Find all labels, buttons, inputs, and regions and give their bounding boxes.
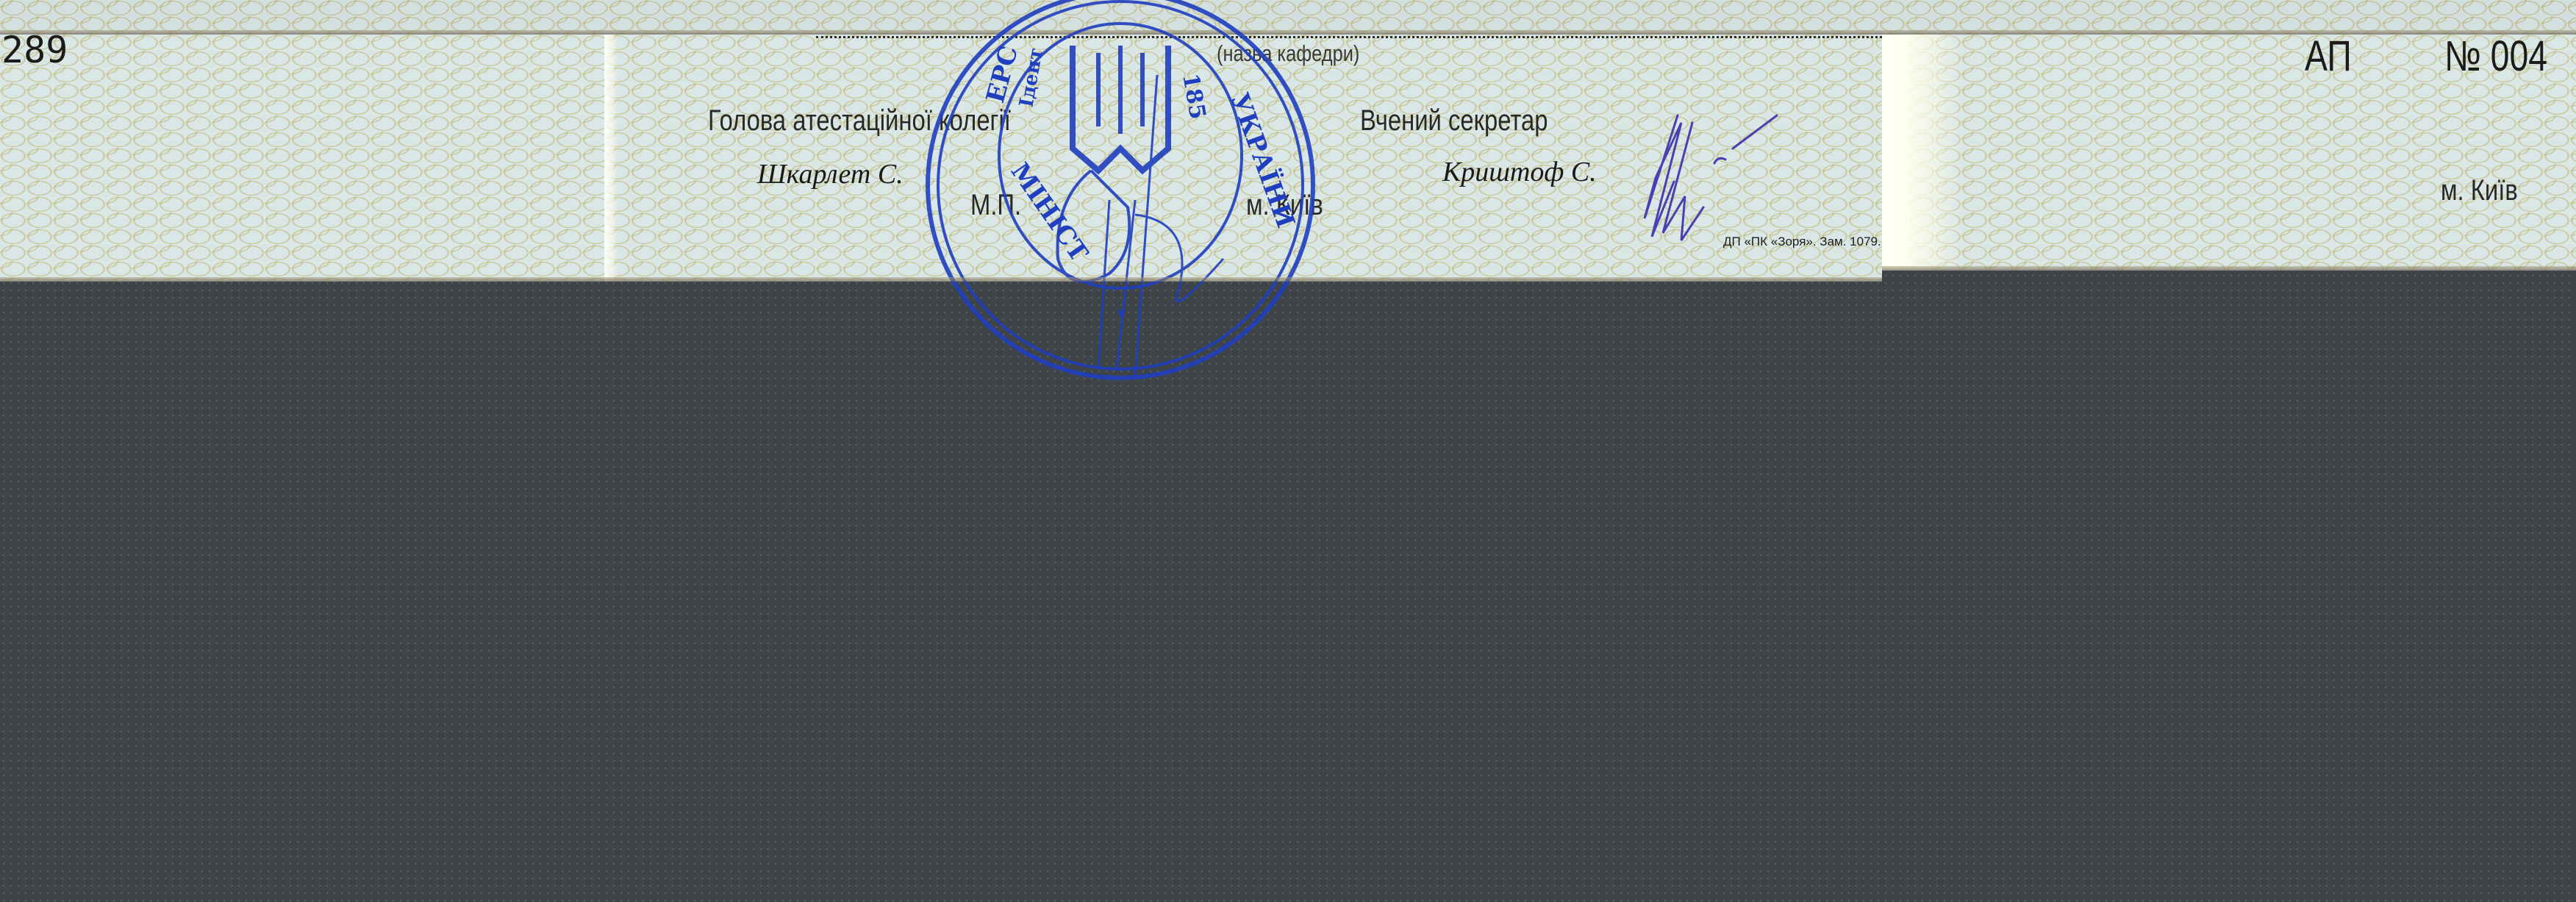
svg-text:185: 185 [1177,71,1210,121]
department-caption: (назва кафедри) [1217,40,1359,67]
department-name-line [816,36,1882,38]
right-issue-city: м. Київ [2441,174,2518,207]
serial-number-fragment: 289 [1,29,68,71]
svg-text:*: * [1117,307,1126,326]
secretary-name: Криштоф С. [1442,156,1597,188]
panel-edge [0,277,604,282]
svg-text:ЕРС: ЕРС [981,43,1024,106]
seal-mark: М.П. [970,189,1021,222]
printer-imprint: ДП «ПК «Зоря». Зам. 1079. [1723,235,1881,249]
middle-document-panel: (назва кафедри) Голова атестаційної коле… [604,35,1882,282]
panel-edge [604,277,1882,282]
right-document-panel: АП № 004 м. Київ [1882,35,2576,271]
panel-glare [1882,35,1963,271]
left-document-panel: 289 [0,35,604,282]
chair-name: Шкарлет С. [757,158,904,190]
fold-crease [604,35,618,282]
top-document-strip [0,0,2576,35]
secretary-title: Вчений секретар [1360,104,1548,137]
diploma-series: АП [2305,32,2352,81]
chair-title: Голова атестаційної колегії [708,104,1011,137]
svg-text:Ідент: Ідент [1015,46,1048,109]
panel-edge [1882,266,2576,271]
issue-city: м. Київ [1246,189,1323,222]
diploma-number: № 004 [2444,32,2547,81]
